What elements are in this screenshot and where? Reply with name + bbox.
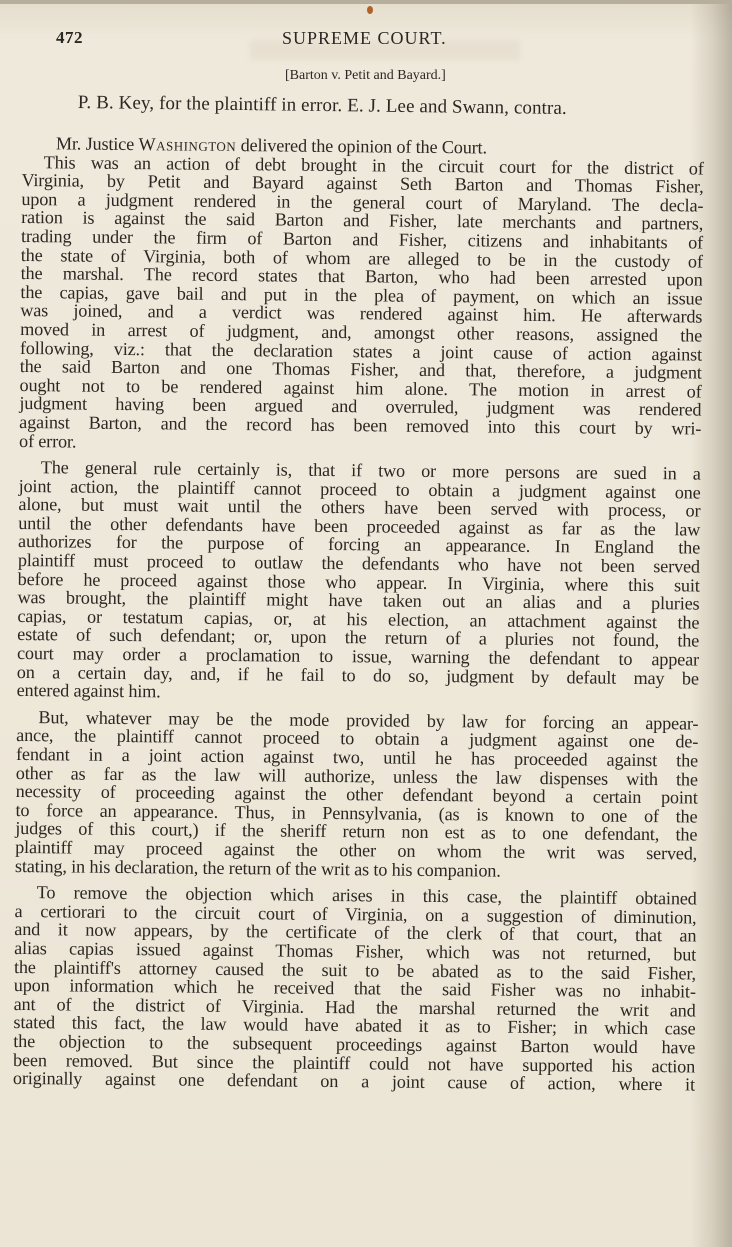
intro-prefix: Mr. Justice [56, 133, 139, 154]
justice-name: Washington [138, 134, 236, 155]
paragraph: This was an action of debt brought in th… [19, 153, 704, 457]
text-line: originally against one defendant on a jo… [13, 1069, 695, 1094]
page-header: 472 SUPREME COURT. [56, 26, 656, 56]
opinion-body: Mr. Justice Washington delivered the opi… [13, 134, 704, 1094]
scanned-page: 472 SUPREME COURT. [Barton v. Petit and … [0, 0, 732, 1247]
paragraphs: This was an action of debt brought in th… [13, 153, 704, 1095]
binding-mark [367, 6, 373, 14]
paragraph: But, whatever may be the mode provided b… [15, 708, 699, 882]
paragraph: The general rule certainly is, that if t… [17, 458, 701, 706]
paragraph: To remove the objection which arises in … [13, 883, 697, 1094]
counsel-line: P. B. Key, for the plaintiff in error. E… [78, 92, 718, 122]
page-number: 472 [56, 28, 83, 48]
case-caption: [Barton v. Petit and Bayard.] [285, 68, 446, 84]
running-head: SUPREME COURT. [282, 28, 447, 49]
page-top-edge [0, 0, 732, 4]
